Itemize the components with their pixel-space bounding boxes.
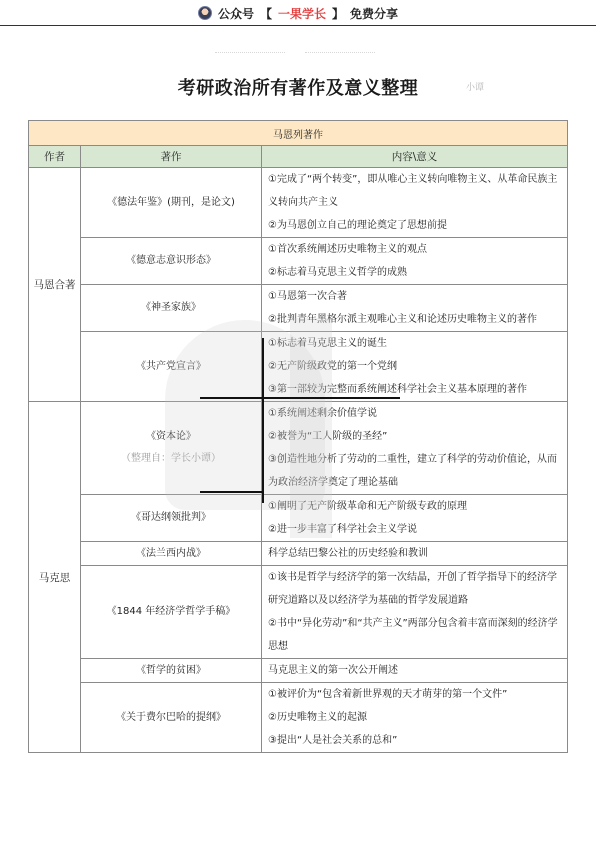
table-row: 《德意志意识形态》 ①首次系统阐述历史唯物主义的观点 ②标志着马克思主义哲学的成… <box>29 238 568 285</box>
content-line: 科学总结巴黎公社的历史经验和教训 <box>268 542 561 565</box>
content-line: ②被誉为“工人阶级的圣经” <box>268 425 561 448</box>
avatar-icon <box>198 6 212 20</box>
work-cell: 《哥达纲领批判》 <box>81 495 262 542</box>
table-row: 《哥达纲领批判》 ①阐明了无产阶级革命和无产阶级专政的原理 ②进一步丰富了科学社… <box>29 495 568 542</box>
table-row: 《法兰西内战》 科学总结巴黎公社的历史经验和教训 <box>29 542 568 566</box>
banner-accent: 一果学长 <box>278 5 326 22</box>
work-title: 《共产党宣言》 <box>136 361 206 372</box>
content-cell: ①标志着马克思主义的诞生 ②无产阶级政党的第一个党纲 ③第一部较为完整而系统阐述… <box>262 332 568 402</box>
content-line: ①首次系统阐述历史唯物主义的观点 <box>268 238 561 261</box>
table-row: 马克思 《资本论》 （整理自：学长小谭） ①系统阐述剩余价值学说 ②被誉为“工人… <box>29 402 568 495</box>
column-header-work: 著作 <box>81 146 262 168</box>
content-cell: ①该书是哲学与经济学的第一次结晶，开创了哲学指导下的经济学研究道路以及以经济学为… <box>262 566 568 659</box>
work-cell: 《神圣家族》 <box>81 285 262 332</box>
table-row: 《共产党宣言》 ①标志着马克思主义的诞生 ②无产阶级政党的第一个党纲 ③第一部较… <box>29 332 568 402</box>
content-cell: ①首次系统阐述历史唯物主义的观点 ②标志着马克思主义哲学的成熟 <box>262 238 568 285</box>
content-cell: ①完成了“两个转变”，即从唯心主义转向唯物主义、从革命民族主义转向共产主义 ②为… <box>262 168 568 238</box>
content-cell: ①马恩第一次合著 ②批判青年黑格尔派主观唯心主义和论述历史唯物主义的著作 <box>262 285 568 332</box>
content-cell: ①阐明了无产阶级革命和无产阶级专政的原理 ②进一步丰富了科学社会主义学说 <box>262 495 568 542</box>
title-side-note: 小谭 <box>466 80 484 93</box>
works-table: 马恩列著作 作者 著作 内容\意义 马恩合著 《德法年鉴》(期刊，是论文) ①完… <box>28 120 568 753</box>
work-title: 《关于费尔巴哈的提纲》 <box>116 712 226 723</box>
content-line: ①该书是哲学与经济学的第一次结晶，开创了哲学指导下的经济学研究道路以及以经济学为… <box>268 566 561 612</box>
table-row: 《关于费尔巴哈的提纲》 ①被评价为“包含着新世界观的天才萌芽的第一个文件” ②历… <box>29 683 568 753</box>
banner-prefix: 公众号 <box>218 5 254 22</box>
column-header-author: 作者 <box>29 146 81 168</box>
work-title: 《哥达纲领批判》 <box>131 512 211 523</box>
work-title: 《德意志意识形态》 <box>126 255 216 266</box>
banner-suffix: 免费分享 <box>350 5 398 22</box>
content-line: 马克思主义的第一次公开阐述 <box>268 659 561 682</box>
section-header: 马恩列著作 <box>29 121 568 146</box>
table-row: 马恩合著 《德法年鉴》(期刊，是论文) ①完成了“两个转变”，即从唯心主义转向唯… <box>29 168 568 238</box>
work-cell: 《共产党宣言》 <box>81 332 262 402</box>
table-row: 《神圣家族》 ①马恩第一次合著 ②批判青年黑格尔派主观唯心主义和论述历史唯物主义… <box>29 285 568 332</box>
work-cell: 《哲学的贫困》 <box>81 659 262 683</box>
banner-bracket-close: 】 <box>332 5 344 22</box>
content-line: ①阐明了无产阶级革命和无产阶级专政的原理 <box>268 495 561 518</box>
work-cell: 《关于费尔巴哈的提纲》 <box>81 683 262 753</box>
work-cell: 《德意志意识形态》 <box>81 238 262 285</box>
content-line: ②无产阶级政党的第一个党纲 <box>268 355 561 378</box>
content-cell: 科学总结巴黎公社的历史经验和教训 <box>262 542 568 566</box>
content-line: ③第一部较为完整而系统阐述科学社会主义基本原理的著作 <box>268 378 561 401</box>
content-line: ②标志着马克思主义哲学的成熟 <box>268 261 561 284</box>
author-cell: 马恩合著 <box>29 168 81 402</box>
content-cell: ①系统阐述剩余价值学说 ②被誉为“工人阶级的圣经” ③创造性地分析了劳动的二重性… <box>262 402 568 495</box>
content-line: ③提出“人是社会关系的总和” <box>268 729 561 752</box>
work-title: 《1844 年经济学哲学手稿》 <box>107 606 236 617</box>
content-line: ②书中“异化劳动”和“共产主义”两部分包含着丰富而深刻的经济学思想 <box>268 612 561 658</box>
work-cell: 《1844 年经济学哲学手稿》 <box>81 566 262 659</box>
content-line: ②为马恩创立自己的理论奠定了思想前提 <box>268 214 561 237</box>
table-row: 《1844 年经济学哲学手稿》 ①该书是哲学与经济学的第一次结晶，开创了哲学指导… <box>29 566 568 659</box>
top-banner: 公众号【一果学长】免费分享 <box>0 0 596 26</box>
content-line: ①系统阐述剩余价值学说 <box>268 402 561 425</box>
work-title: 《资本论》 <box>146 431 196 442</box>
content-line: ①被评价为“包含着新世界观的天才萌芽的第一个文件” <box>268 683 561 706</box>
content-line: ②历史唯物主义的起源 <box>268 706 561 729</box>
content-line: ①马恩第一次合著 <box>268 285 561 308</box>
banner-bracket-open: 【 <box>260 5 272 22</box>
work-cell: 《资本论》 （整理自：学长小谭） <box>81 402 262 495</box>
content-cell: 马克思主义的第一次公开阐述 <box>262 659 568 683</box>
page-title: 考研政治所有著作及意义整理 <box>0 74 596 100</box>
work-title: 《法兰西内战》 <box>136 548 206 559</box>
work-note: （整理自：学长小谭） <box>81 451 261 467</box>
content-line: ②进一步丰富了科学社会主义学说 <box>268 518 561 541</box>
content-line: ①标志着马克思主义的诞生 <box>268 332 561 355</box>
column-header-content: 内容\意义 <box>262 146 568 168</box>
work-title: 《德法年鉴》(期刊，是论文) <box>107 197 235 208</box>
author-cell: 马克思 <box>29 402 81 753</box>
content-line: ①完成了“两个转变”，即从唯心主义转向唯物主义、从革命民族主义转向共产主义 <box>268 168 561 214</box>
work-cell: 《法兰西内战》 <box>81 542 262 566</box>
content-cell: ①被评价为“包含着新世界观的天才萌芽的第一个文件” ②历史唯物主义的起源 ③提出… <box>262 683 568 753</box>
faint-divider-left <box>215 52 285 53</box>
work-title: 《哲学的贫困》 <box>136 665 206 676</box>
banner-divider <box>0 25 596 26</box>
faint-divider-right <box>305 52 375 53</box>
work-title: 《神圣家族》 <box>141 302 201 313</box>
content-line: ②批判青年黑格尔派主观唯心主义和论述历史唯物主义的著作 <box>268 308 561 331</box>
work-cell: 《德法年鉴》(期刊，是论文) <box>81 168 262 238</box>
table-row: 《哲学的贫困》 马克思主义的第一次公开阐述 <box>29 659 568 683</box>
content-line: ③创造性地分析了劳动的二重性，建立了科学的劳动价值论，从而为政治经济学奠定了理论… <box>268 448 561 494</box>
